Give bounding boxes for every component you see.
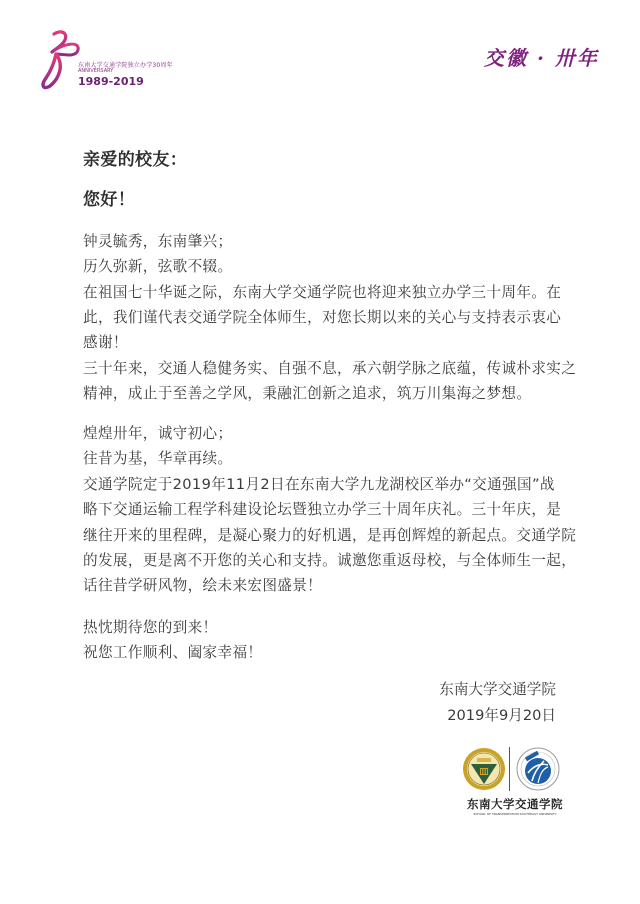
page-header: 东南大学交通学院独立办学30周年 ANNIVERSARY 1989-2019 交… <box>0 0 640 110</box>
anniversary-en-text: ANNIVERSARY <box>78 68 113 74</box>
letter-line: 历久弥新，弦歌不辍。 <box>83 257 232 277</box>
anniversary-logo: 东南大学交通学院独立办学30周年 ANNIVERSARY 1989-2019 <box>40 30 210 96</box>
school-seal-icon <box>516 747 560 791</box>
school-name-en: SCHOOL OF TRANSPORTATION SOUTHEAST UNIVE… <box>460 812 570 816</box>
slogan-calligraphy: 交徽 · 卅年 <box>484 42 599 71</box>
letter-line: 在祖国七十华诞之际，东南大学交通学院也将迎来独立办学三十周年。在 <box>83 283 561 303</box>
ribbon-logo-icon <box>40 30 80 92</box>
letter-line: 热忱期待您的到来！ <box>83 618 218 638</box>
letter-line: 话往昔学研风物，绘未来宏图盛景！ <box>83 576 322 596</box>
letter-line: 的发展，更是离不开您的关心和支持。诚邀您重返母校，与全体师生一起， <box>83 551 576 571</box>
letter-line: 略下交通运输工程学科建设论坛暨独立办学三十周年庆礼。三十年庆，是 <box>83 500 561 520</box>
signature-organization: 东南大学交通学院 <box>439 680 556 700</box>
letter-line: 钟灵毓秀，东南肇兴； <box>83 232 232 252</box>
letter-line: 往昔为基，华章再续。 <box>83 449 232 469</box>
university-seal-icon <box>462 747 506 791</box>
anniversary-years: 1989-2019 <box>78 75 144 88</box>
letter-line: 交通学院定于2019年11月2日在东南大学九龙湖校区举办“交通强国”战 <box>83 475 555 495</box>
greeting: 您好！ <box>83 190 135 210</box>
letter-line: 此，我们谨代表交通学院全体师生，对您长期以来的关心与支持表示衷心 <box>83 308 561 328</box>
school-name: 东南大学交通学院 <box>460 796 570 812</box>
letter-line: 感谢！ <box>83 333 128 353</box>
letter-line: 祝您工作顺利、阖家幸福！ <box>83 643 262 663</box>
letter-line: 煌煌卅年，诚守初心； <box>83 424 232 444</box>
signature-date: 2019年9月20日 <box>447 706 556 726</box>
letter-line: 三十年来，交通人稳健务实、自强不息，承六朝学脉之底蕴，传诚朴求实之 <box>83 359 576 379</box>
salutation: 亲爱的校友： <box>83 150 187 170</box>
school-logos: 东南大学交通学院 SCHOOL OF TRANSPORTATION SOUTHE… <box>460 745 570 825</box>
logo-divider <box>509 747 510 791</box>
letter-line: 精神，成止于至善之学风，秉融汇创新之追求，筑万川集海之梦想。 <box>83 384 531 404</box>
letter-line: 继往开来的里程碑，是凝心聚力的好机遇，是再创辉煌的新起点。交通学院 <box>83 526 576 546</box>
